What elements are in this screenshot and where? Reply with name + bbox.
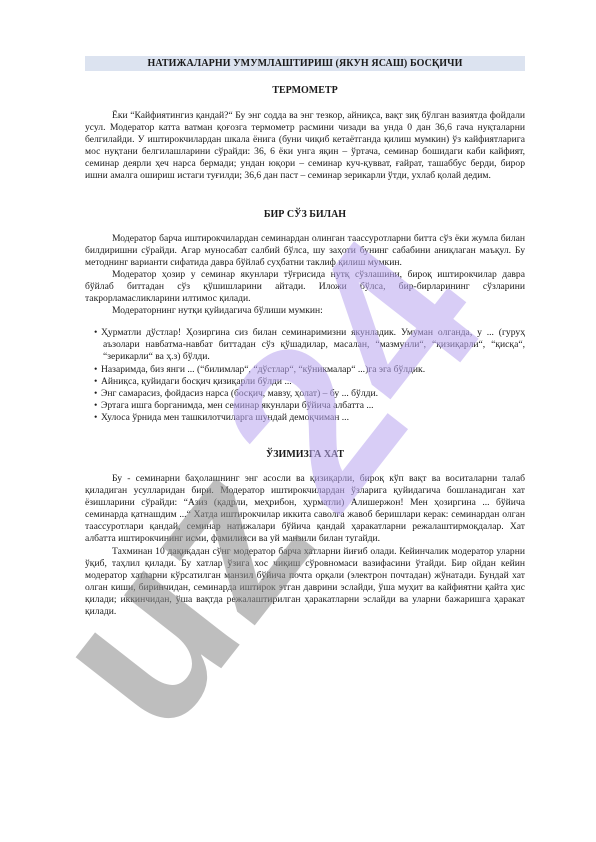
bullet-icon: • bbox=[94, 400, 101, 412]
section-thermometer-body: Ёки “Кайфиятингиз қандай?“ Бу энг содда … bbox=[85, 110, 525, 183]
section-letter-body: Бу - семинарни баҳолашнинг энг асосли ва… bbox=[85, 473, 525, 618]
paragraph: Ёки “Кайфиятингиз қандай?“ Бу энг содда … bbox=[85, 110, 525, 183]
bullet-icon: • bbox=[94, 388, 101, 400]
bullet-icon: • bbox=[94, 364, 101, 376]
paragraph: Тахминан 10 дақиқадан сўнг модератор бар… bbox=[85, 546, 525, 619]
paragraph: Бу - семинарни баҳолашнинг энг асосли ва… bbox=[85, 473, 525, 546]
paragraph: Модераторнинг нутқи қуйидагича бўлиши му… bbox=[85, 305, 525, 317]
list-item: •Айниқса, қуйидаги босқич қизиқарли бўлд… bbox=[91, 376, 525, 388]
paragraph: Модератор барча иштирокчилардан семинард… bbox=[85, 233, 525, 269]
list-item: •Назаримда, биз янги ... (“билимлар“, “д… bbox=[91, 364, 525, 376]
document-page: НАТИЖАЛАРНИ УМУМЛАШТИРИШ (ЯКУН ЯСАШ) БОС… bbox=[85, 56, 525, 618]
section-heading-one-word: БИР СЎЗ БИЛАН bbox=[85, 209, 525, 220]
bullet-icon: • bbox=[94, 412, 101, 424]
list-item: •Хулоса ўрнида мен ташкилотчиларга шунда… bbox=[91, 412, 525, 424]
section-heading-thermometer: ТЕРМОМЕТР bbox=[85, 85, 525, 96]
stage-title-banner: НАТИЖАЛАРНИ УМУМЛАШТИРИШ (ЯКУН ЯСАШ) БОС… bbox=[85, 56, 525, 71]
list-item: •Эртага ишга борганимда, мен семинар яку… bbox=[91, 400, 525, 412]
paragraph: Модератор ҳозир у семинар якунлари тўғри… bbox=[85, 269, 525, 305]
list-item: •Ҳурматли дўстлар! Ҳозиргина сиз билан с… bbox=[91, 327, 525, 363]
list-item: •Энг самарасиз, фойдасиз нарса (босқич, … bbox=[91, 388, 525, 400]
section-heading-letter-to-self: ЎЗИМИЗГА ХАТ bbox=[85, 449, 525, 460]
section-one-word-body: Модератор барча иштирокчилардан семинард… bbox=[85, 233, 525, 424]
bullet-icon: • bbox=[94, 327, 101, 339]
speech-bullet-list: •Ҳурматли дўстлар! Ҳозиргина сиз билан с… bbox=[85, 327, 525, 424]
bullet-icon: • bbox=[94, 376, 101, 388]
